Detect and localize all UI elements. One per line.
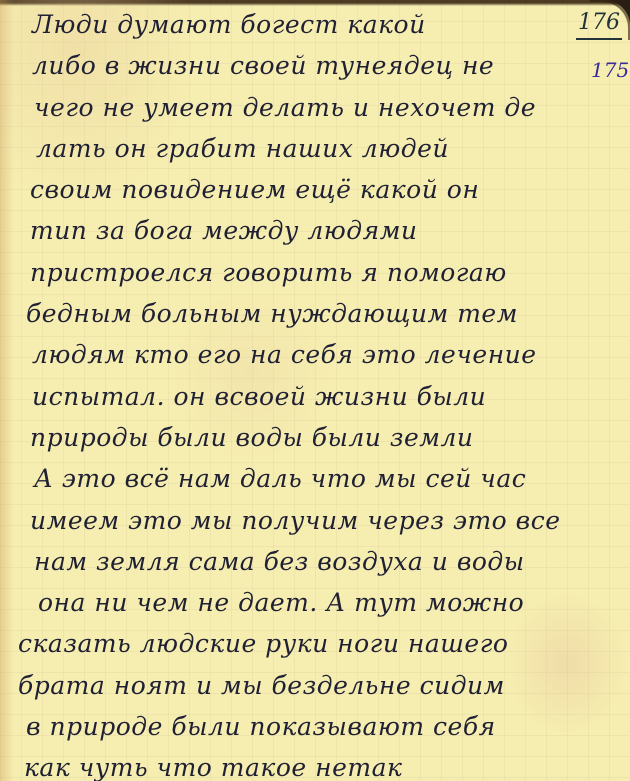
- page-number-new: 175: [591, 58, 629, 82]
- text-line: людям кто его на себя это лечение: [18, 334, 537, 375]
- text-line: сказать людские руки ноги нашего: [18, 623, 508, 664]
- text-line: в природе были показывают себя: [18, 706, 496, 747]
- text-line: природы были воды были земли: [18, 417, 474, 458]
- handwritten-text-block: Люди думают богест какой либо в жизни св…: [18, 4, 578, 781]
- text-line: либо в жизни своей тунеядец не: [18, 45, 494, 86]
- text-line: она ни чем не дает. А тут можно: [18, 582, 524, 623]
- text-line: чего не умеет делать и нехочет де: [18, 87, 536, 128]
- text-line: пристроелся говорить я помогаю: [18, 252, 507, 293]
- text-line: А это всё нам даль что мы сей час: [18, 458, 526, 499]
- text-line: лать он грабит наших людей: [18, 128, 449, 169]
- text-line: нам земля сама без воздуха и воды: [18, 541, 525, 582]
- text-line: своим повидением ещё какой он: [18, 169, 479, 210]
- text-line: брата ноят и мы бездельне сидим: [18, 665, 505, 706]
- text-line: испытал. он всвоей жизни были: [18, 376, 486, 417]
- page-number-old: 176: [576, 10, 622, 40]
- text-line: Люди думают богест какой: [18, 4, 426, 45]
- text-line: тип за бога между людями: [18, 210, 418, 251]
- text-line: имеем это мы получим через это все: [18, 500, 561, 541]
- text-line: бедным больным нуждающим тем: [18, 293, 518, 334]
- notebook-page: 176 175 Люди думают богест какой либо в …: [0, 0, 630, 781]
- text-line: как чуть что такое нетак: [18, 747, 402, 781]
